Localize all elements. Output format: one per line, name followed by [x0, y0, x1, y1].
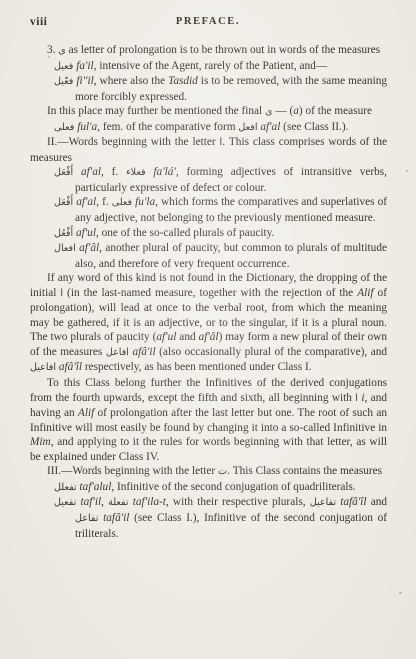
- measure-item-afal-colour: أَفْعَل af'al, f. فعلاء fa'lá', forming …: [30, 165, 387, 195]
- transliteration: fa'il: [73, 60, 93, 72]
- transliteration: af'ul: [73, 227, 96, 239]
- arabic-word: افاعل: [106, 347, 129, 358]
- text-run: 3.: [47, 44, 58, 56]
- text-run: and: [176, 331, 198, 343]
- arabic-word: فعّيل: [54, 76, 73, 87]
- text-run: . This Class contains the measures: [227, 465, 382, 477]
- scan-speck: [399, 592, 402, 594]
- text-run: To this Class belong further the Infinit…: [30, 377, 387, 404]
- paragraph-final-ya: In this place may further be mentioned t…: [30, 104, 387, 120]
- transliteration: taf'il: [76, 496, 101, 508]
- term-mim: Mim: [30, 436, 51, 448]
- arabic-word: افعال: [54, 243, 76, 254]
- text-run: III.—Words beginning with the letter: [47, 465, 218, 477]
- text-run: In this place may further be mentioned t…: [47, 105, 265, 117]
- text-run: (also occasionally plural of the compara…: [156, 346, 387, 358]
- transliteration: af'al: [73, 166, 101, 178]
- arabic-letter-ta: ت: [218, 466, 227, 477]
- scan-speck: [406, 170, 408, 172]
- arabic-word: تفاعل: [75, 513, 98, 524]
- transliteration: af'ul: [156, 331, 176, 343]
- arabic-word: افعل: [238, 122, 257, 133]
- text-run: , another plural of paucity, but common …: [75, 242, 387, 270]
- text-run: — (: [273, 105, 294, 117]
- measure-item-tafalul: تفعلل taf'alul, Infinitive of the second…: [30, 480, 387, 496]
- measure-item-fiil: فعّيل fi''il, where also the Tasdid is t…: [30, 74, 387, 104]
- text-run: , where also the: [94, 75, 168, 87]
- arabic-word: فعلاء: [126, 167, 145, 178]
- term-alif: Alif: [357, 287, 373, 299]
- transliteration: af'âl: [76, 242, 99, 254]
- transliteration: af'âl: [199, 331, 219, 343]
- arabic-word: تفاعيل: [310, 497, 336, 508]
- text-run: , one of the so-called plurals of paucit…: [96, 227, 274, 239]
- transliteration: taf'alul: [77, 481, 112, 493]
- measure-item-tafil: تفعيل taf'il, تفعلة taf'ila-t, with thei…: [30, 495, 387, 541]
- measure-item-aful: أَفْعُل af'ul, one of the so-called plur…: [30, 226, 387, 242]
- arabic-word: تفعيل: [54, 497, 76, 508]
- transliteration: taf'ila-t: [129, 496, 166, 508]
- scan-speck: [178, 141, 180, 143]
- text-run: , f.: [101, 166, 126, 178]
- transliteration: ful'a: [74, 121, 97, 133]
- text-run: and: [367, 496, 387, 508]
- scan-speck: [48, 56, 50, 58]
- paragraph-class-2-heading: II.—Words beginning with the letter ا. T…: [30, 135, 387, 165]
- transliteration: fu'la: [132, 196, 155, 208]
- arabic-word: افاعيل: [30, 362, 56, 373]
- measure-item-fula: فعلى ful'a, fem. of the comparative form…: [30, 120, 387, 136]
- text-run: , and applying to it the rules for words…: [30, 436, 387, 463]
- transliteration: fa'lá': [146, 166, 176, 178]
- transliteration: af'al: [73, 196, 96, 208]
- arabic-letter-ya: ى: [265, 106, 273, 117]
- paragraph-rule-3: 3. ى as letter of prolongation is to be …: [30, 43, 387, 59]
- text-run: , intensive of the Agent, rarely of the …: [94, 60, 327, 72]
- text-run: ) of the measure: [299, 105, 372, 117]
- transliteration: afâ'îl: [56, 361, 82, 373]
- arabic-word: أَفْعُل: [54, 228, 73, 239]
- text-run: respectively, as has been mentioned unde…: [82, 361, 312, 373]
- measure-item-afal-comparative: أَفْعَل af'al, f. فعلى fu'la, which form…: [30, 195, 387, 225]
- text-run: , Infinitive of the second conjugation o…: [111, 481, 355, 493]
- running-title: PREFACE.: [30, 16, 386, 27]
- transliteration: afâ'il: [129, 346, 156, 358]
- arabic-word: أَفْعَل: [54, 167, 73, 178]
- text-run: , with their respective plurals,: [166, 496, 310, 508]
- paragraph-dictionary-note: If any word of this kind is not found in…: [30, 271, 387, 376]
- transliteration: tafâ'îl: [336, 496, 366, 508]
- measure-item-afal-plural: افعال af'âl, another plural of paucity, …: [30, 241, 387, 271]
- text-run: II.—Words beginning with the letter: [47, 136, 220, 148]
- arabic-word: فعيل: [54, 61, 73, 72]
- text-run: , fem. of the comparative form: [97, 121, 238, 133]
- term-alif: Alif: [78, 407, 94, 419]
- text-run: (in the last-named measure, together wit…: [63, 287, 357, 299]
- transliteration: tafâ'il: [98, 512, 129, 524]
- transliteration: af'al: [258, 121, 281, 133]
- page-header: viii PREFACE.: [30, 16, 386, 30]
- text-run: , f.: [96, 196, 112, 208]
- text-run: (see Class II.).: [280, 121, 348, 133]
- page-body: 3. ى as letter of prolongation is to be …: [30, 43, 387, 541]
- term-tasdid: Tasdid: [168, 75, 198, 87]
- paragraph-class-3-heading: III.—Words beginning with the letter ت. …: [30, 464, 387, 480]
- arabic-word: فعلى: [112, 197, 132, 208]
- arabic-word: أَفْعَل: [54, 197, 73, 208]
- paragraph-infinitives: To this Class belong further the Infinit…: [30, 376, 387, 464]
- arabic-word: تفعلة: [108, 497, 128, 508]
- arabic-word: تفعلل: [54, 482, 77, 493]
- arabic-word: فعلى: [54, 122, 74, 133]
- scanned-page: viii PREFACE. 3. ى as letter of prolonga…: [0, 0, 416, 659]
- transliteration: fi''il: [73, 75, 93, 87]
- text-run: as letter of prolongation is to be throw…: [66, 44, 380, 56]
- measure-item-fail: فعيل fa'il, intensive of the Agent, rare…: [30, 59, 387, 75]
- arabic-letter-ya: ى: [58, 45, 66, 56]
